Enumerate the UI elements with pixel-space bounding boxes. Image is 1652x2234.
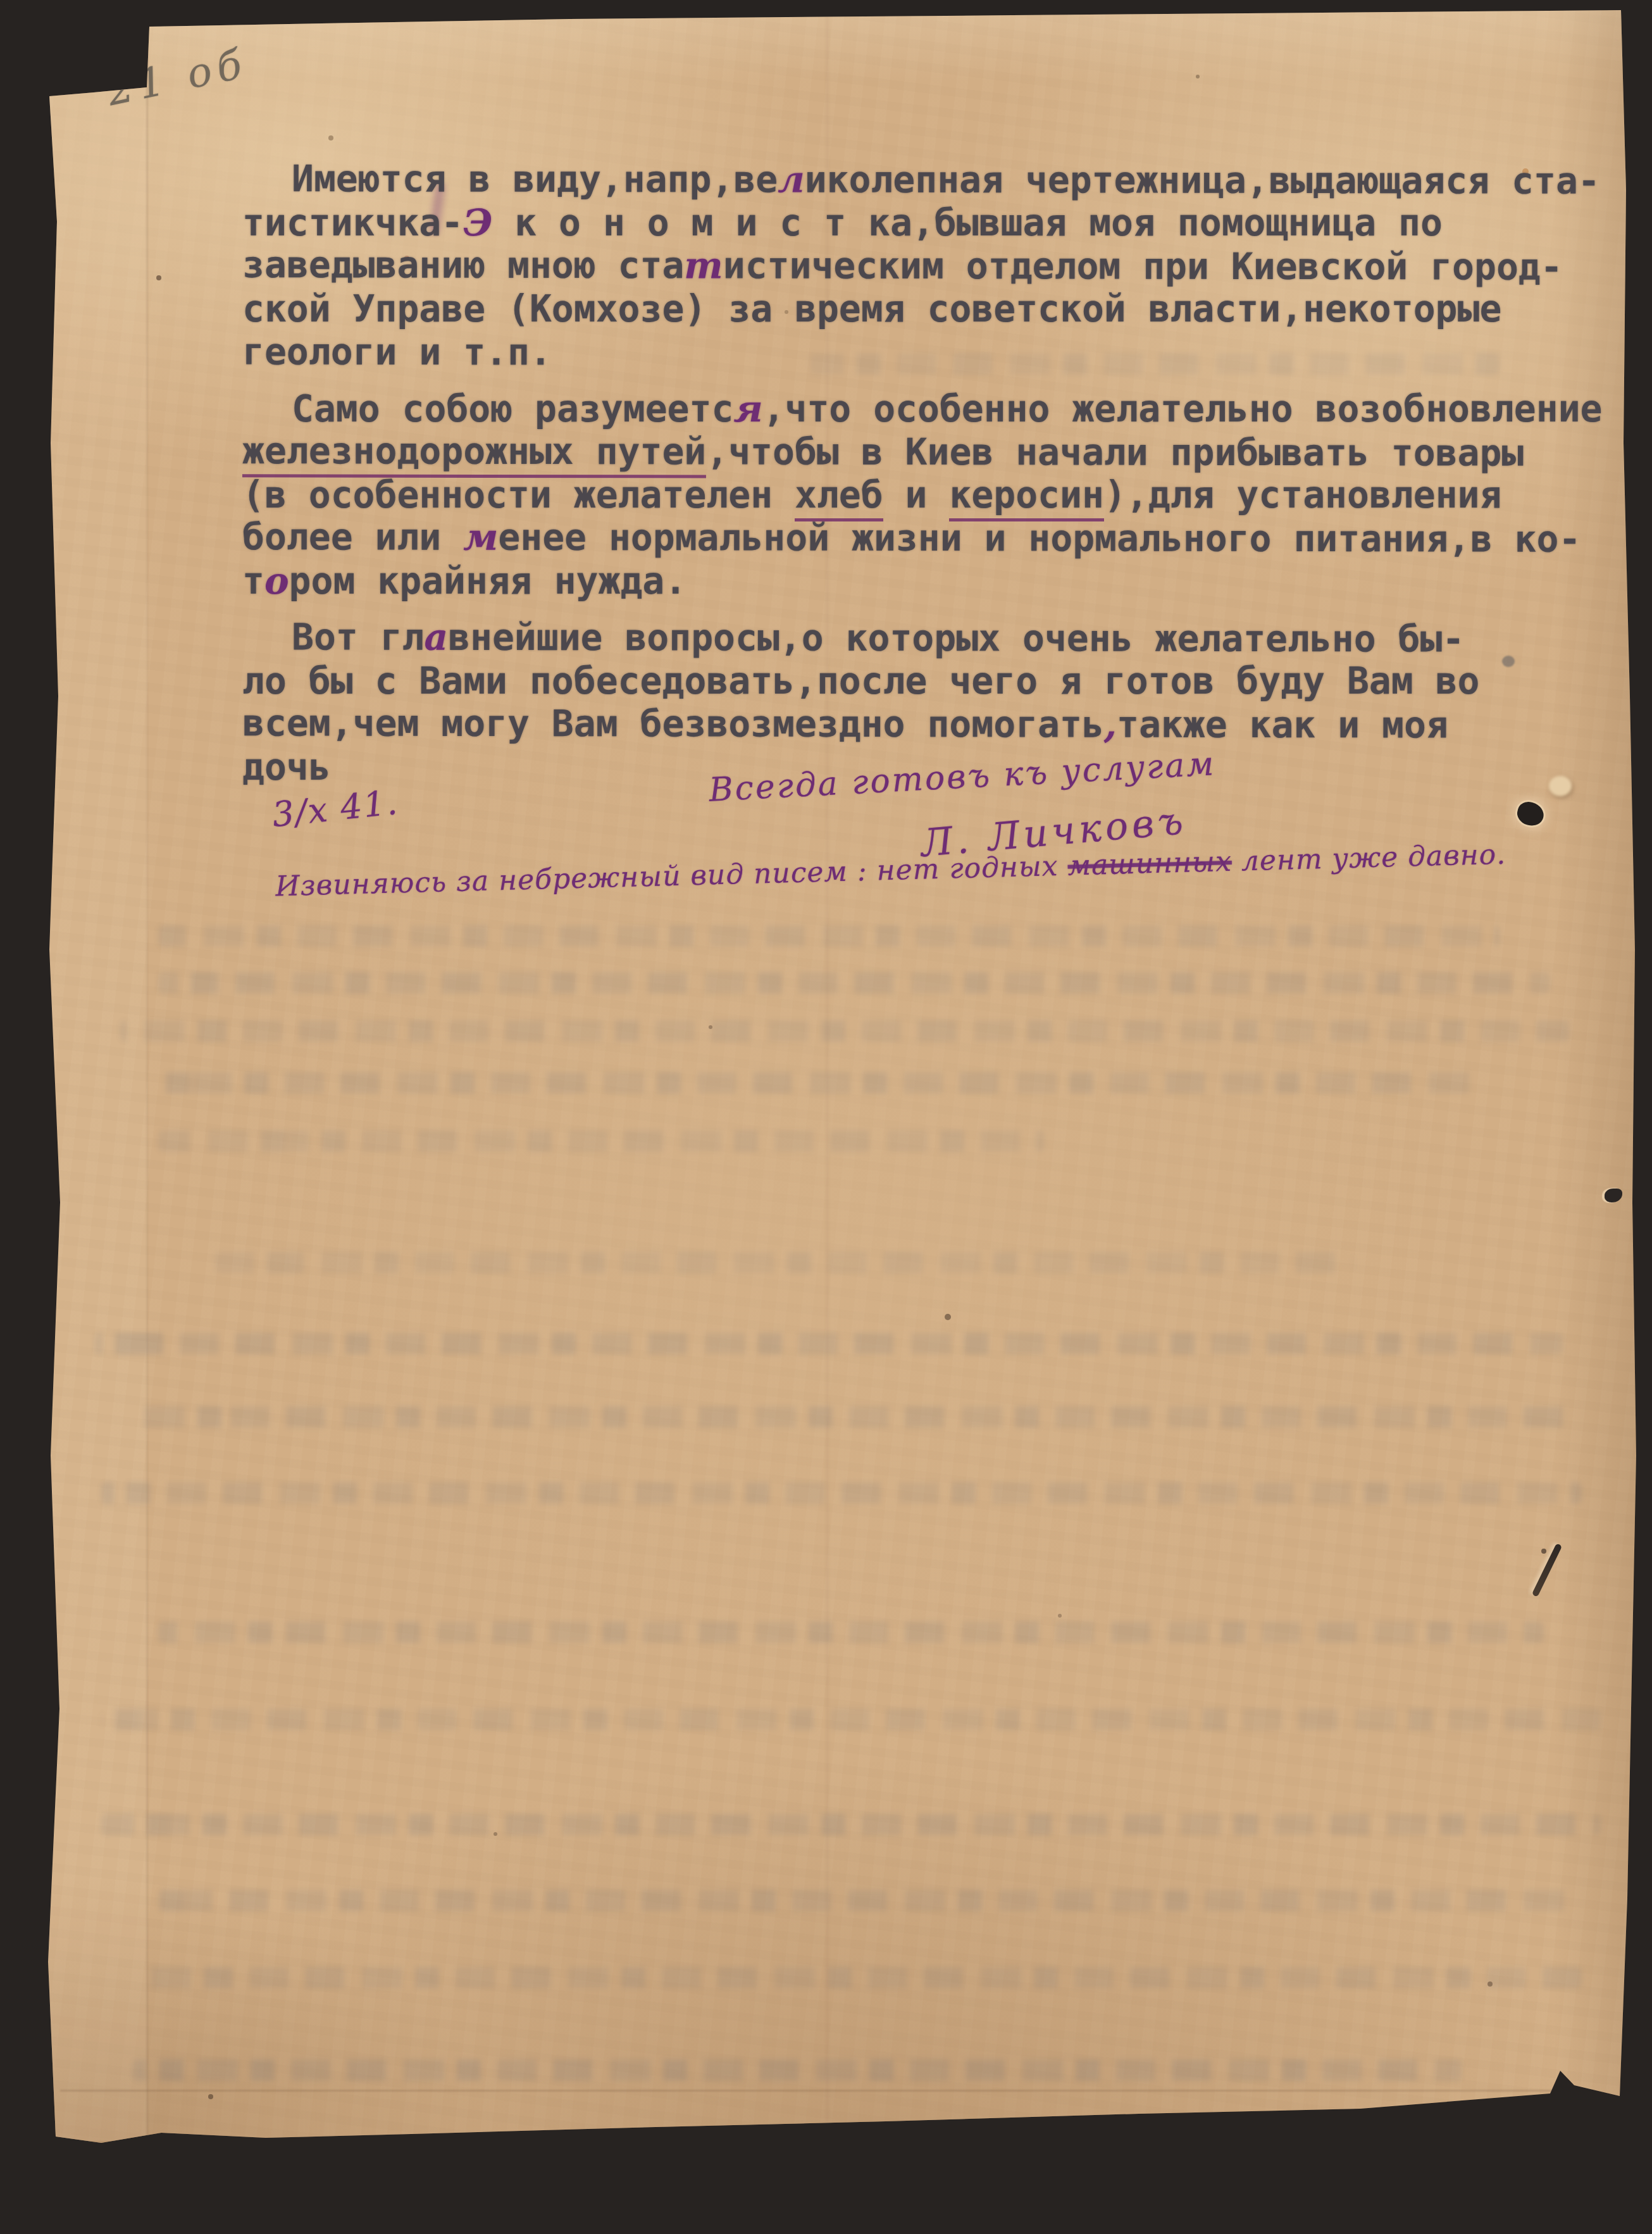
- typed-text: к о н о м и с т ка,бывшая моя помощница …: [492, 201, 1443, 244]
- handwritten-text: лент уже давно.: [1231, 839, 1506, 878]
- ink-dot: [1502, 656, 1515, 667]
- paper-specks: [0, 0, 4, 4]
- typed-text: тистикчка-: [242, 201, 463, 244]
- scanned-letter-page: 21 об Имеются в виду,напр,великолепная ч…: [0, 0, 1652, 2234]
- typed-text: истическим отделом при Киевской город-: [723, 244, 1563, 289]
- bleedthrough-line: [133, 1967, 1582, 1988]
- typed-line: Само собою разумеется,что особенно желат…: [242, 390, 1602, 427]
- typed-line: тором крайняя нужда.: [242, 563, 686, 599]
- typed-text: ,чтобы в Киев начали прибывать товары: [706, 430, 1524, 475]
- handwritten-text: Извиняюсь за небрежный вид писем : нет г…: [275, 850, 1069, 903]
- typed-line: геологи и т.п.: [242, 334, 552, 371]
- typed-text: заведыванию мною ста: [242, 243, 685, 287]
- ink-correction: о: [264, 559, 289, 602]
- bleedthrough-line: [158, 1072, 1474, 1094]
- typed-line: заведыванию мною статистическим отделом …: [242, 246, 1563, 285]
- bleedthrough-line: [810, 353, 1500, 375]
- typed-text: т: [242, 559, 264, 602]
- typed-line: более или менее нормальной жизни и норма…: [242, 518, 1581, 558]
- ink-correction: л: [778, 158, 805, 201]
- bleedthrough-line: [101, 1814, 1601, 1835]
- typed-text: Имеются в виду,напр,ве: [292, 157, 778, 201]
- ink-correction: т: [684, 244, 723, 287]
- struck-out-word: машинных: [1067, 846, 1233, 882]
- handwritten-closing: Всегда готовъ къ услугам: [708, 745, 1217, 809]
- bleedthrough-line: [101, 1482, 1582, 1504]
- typed-line: дочь: [242, 749, 331, 785]
- typed-text: ло бы с Вами побеседовать,после чего я г…: [242, 659, 1479, 702]
- bleedthrough-line: [158, 1621, 1544, 1643]
- fold-crease-bottom: [60, 2090, 1579, 2092]
- handwritten-date: 3/х 41.: [270, 782, 401, 835]
- typed-text: внейшие вопросы,о которых очень желатель…: [448, 616, 1464, 661]
- torn-hole: [1515, 799, 1546, 828]
- typed-text: и: [883, 473, 950, 516]
- ink-correction: я: [733, 387, 762, 430]
- bleedthrough-line: [95, 1333, 1563, 1354]
- bleedthrough-line: [133, 2059, 1462, 2081]
- typed-text: более или: [242, 515, 463, 559]
- typed-line: железнодорожных путей,чтобы в Киев начал…: [242, 432, 1524, 471]
- typed-text: ,что особенно желательно возобновление: [763, 387, 1603, 430]
- handwritten-postscript: Извиняюсь за небрежный вид писем : нет г…: [275, 839, 1506, 903]
- bleedthrough-line: [120, 1020, 1569, 1042]
- typed-text: Вот гл: [292, 615, 425, 658]
- bleedthrough-line: [158, 1890, 1575, 1911]
- bleedthrough-line: [133, 1406, 1569, 1428]
- typed-text: ),для установления: [1104, 473, 1502, 516]
- typed-text: всем,чем могу Вам безвозмездно помогать: [242, 701, 1104, 746]
- typed-line: тистикчка-Э к о н о м и с т ка,бывшая мо…: [242, 204, 1443, 241]
- ink-correction: м: [463, 516, 498, 559]
- typed-line: Вот главнейшие вопросы,о которых очень ж…: [242, 618, 1464, 657]
- bleedthrough-line: [158, 972, 1550, 994]
- ink-correction: Э: [463, 201, 492, 244]
- underlined-typed-text: керосин: [949, 473, 1103, 521]
- typed-line: всем,чем могу Вам безвозмездно помогать,…: [242, 704, 1448, 743]
- typed-text: также как и моя: [1117, 703, 1448, 747]
- bleedthrough-line: [158, 1130, 1044, 1152]
- ink-correction: а: [424, 616, 448, 659]
- typed-text: енее нормальной жизни и нормального пита…: [498, 516, 1581, 561]
- bleedthrough-line: [215, 1252, 1354, 1273]
- typed-line: ской Управе (Комхозе) за время советской…: [242, 290, 1501, 327]
- typed-text: дочь: [242, 746, 331, 789]
- typed-line: Имеются в виду,напр,великолепная чертежн…: [242, 160, 1600, 199]
- typed-text: ской Управе (Комхозе) за время советской…: [242, 287, 1501, 330]
- typed-text: (в особенности желателен: [242, 473, 795, 516]
- ink-correction: ,: [1104, 703, 1117, 746]
- underlined-typed-text: хлеб: [795, 473, 883, 521]
- paper-sheet: 21 об Имеются в виду,напр,великолепная ч…: [0, 0, 1652, 2234]
- typed-text: иколепная чертежница,выдающаяся ста-: [805, 158, 1600, 203]
- bleedthrough-line: [101, 1709, 1601, 1730]
- typed-line: (в особенности желателен хлеб и керосин)…: [242, 477, 1501, 513]
- paper-crinkle: [1549, 776, 1572, 796]
- typed-text: ром крайняя нужда.: [289, 559, 687, 602]
- typed-text: геологи и т.п.: [242, 330, 552, 374]
- underlined-typed-text: железнодорожных путей: [242, 429, 706, 478]
- bleedthrough-line: [158, 925, 1500, 947]
- typed-line: ло бы с Вами побеседовать,после чего я г…: [242, 663, 1479, 699]
- typed-text: Само собою разумеетс: [292, 387, 733, 430]
